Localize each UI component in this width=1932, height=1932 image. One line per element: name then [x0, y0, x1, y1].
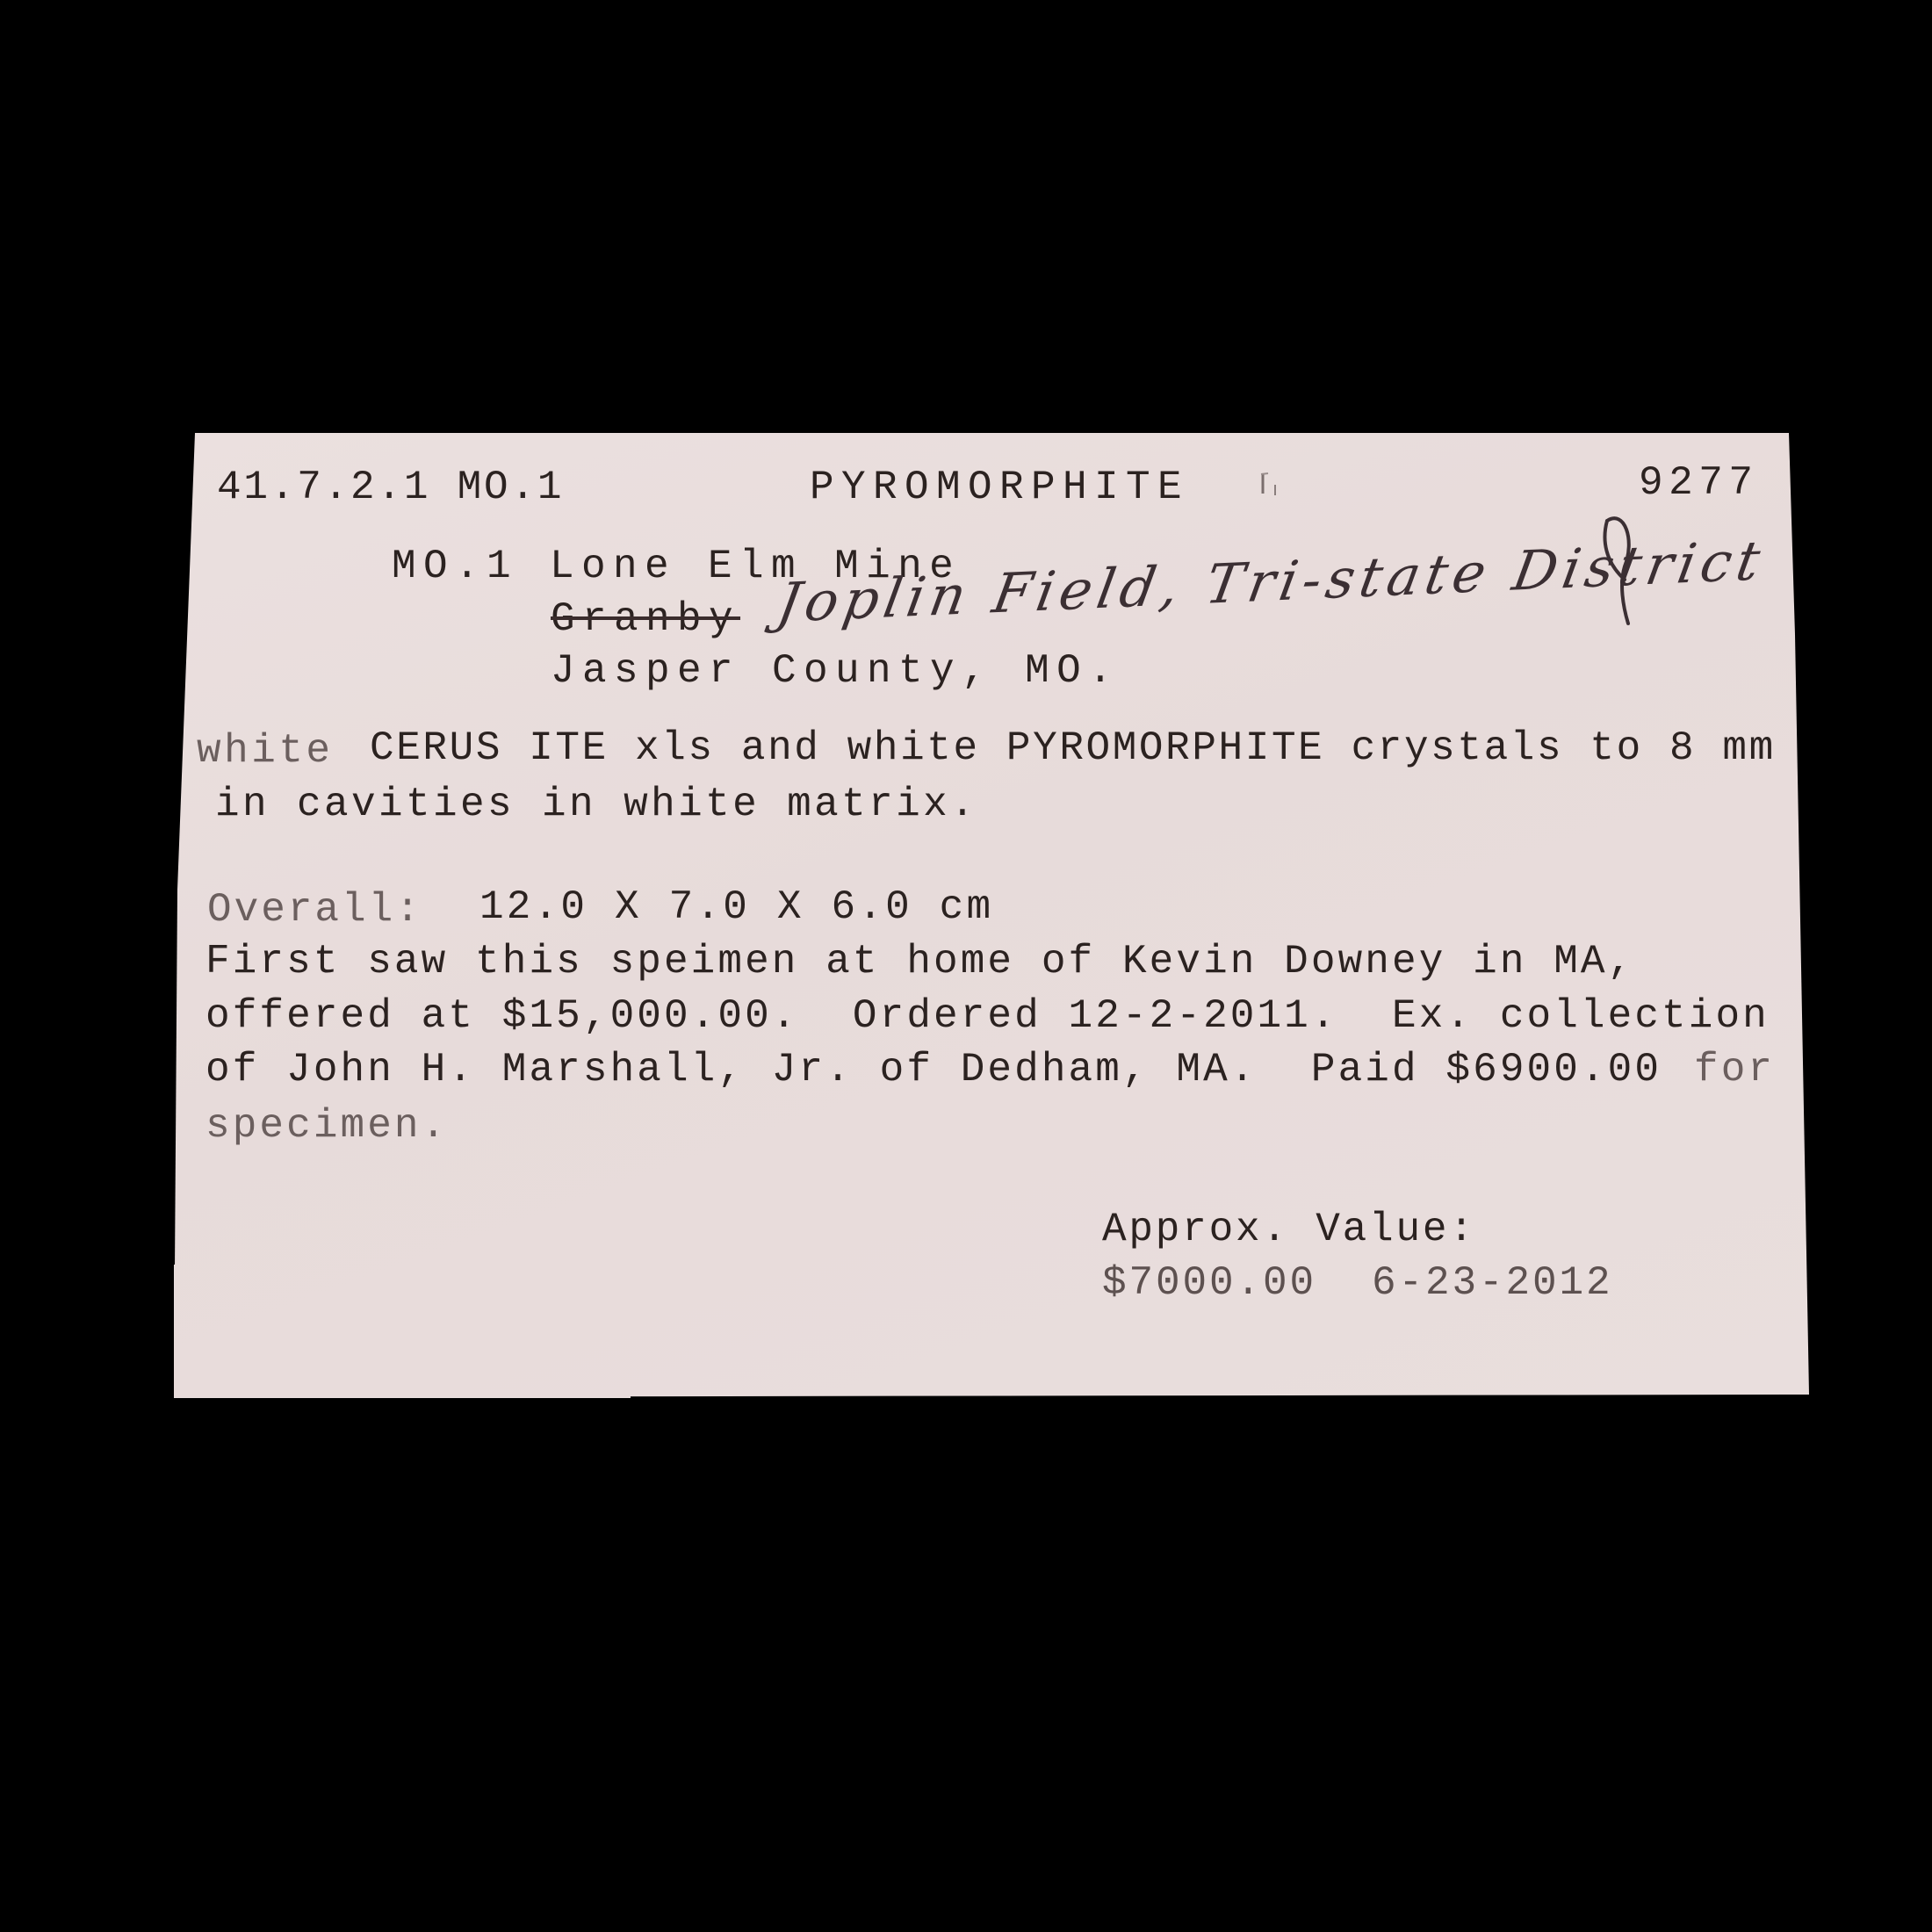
- typewriter-artifact-mark: [1258, 471, 1282, 497]
- handwritten-flourish: [1598, 514, 1642, 628]
- mineral-name: PYROMORPHITE: [810, 467, 1189, 508]
- approx-value-label: Approx. Value:: [1102, 1209, 1476, 1250]
- overall-dimensions: 12.0 X 7.0 X 6.0 cm: [479, 887, 993, 927]
- description-color-prefix: white: [197, 731, 334, 771]
- specimen-number: 9277: [1639, 463, 1758, 503]
- county-state: Jasper County, MO.: [551, 651, 1120, 691]
- catalog-code: 41.7.2.1 MO.1: [217, 467, 564, 508]
- approx-value-amount: $7000.00: [1102, 1263, 1316, 1303]
- notes-line-3: of John H. Marshall, Jr. of Dedham, MA. …: [205, 1049, 1662, 1090]
- valuation-date: 6-23-2012: [1372, 1263, 1613, 1303]
- notes-line-4: specimen.: [205, 1106, 448, 1146]
- notes-line-2: offered at $15,000.00. Ordered 12-2-2011…: [205, 996, 1770, 1036]
- overall-label: Overall:: [207, 890, 422, 930]
- description-line-1: CERUS ITE xls and white PYROMORPHITE cry…: [370, 728, 1776, 768]
- notes-line-3-tail: for: [1694, 1049, 1775, 1090]
- description-line-2: in cavities in white matrix.: [215, 784, 977, 825]
- struck-out-town: Granby: [551, 599, 740, 639]
- notes-line-1: First saw this speimen at home of Kevin …: [205, 941, 1634, 982]
